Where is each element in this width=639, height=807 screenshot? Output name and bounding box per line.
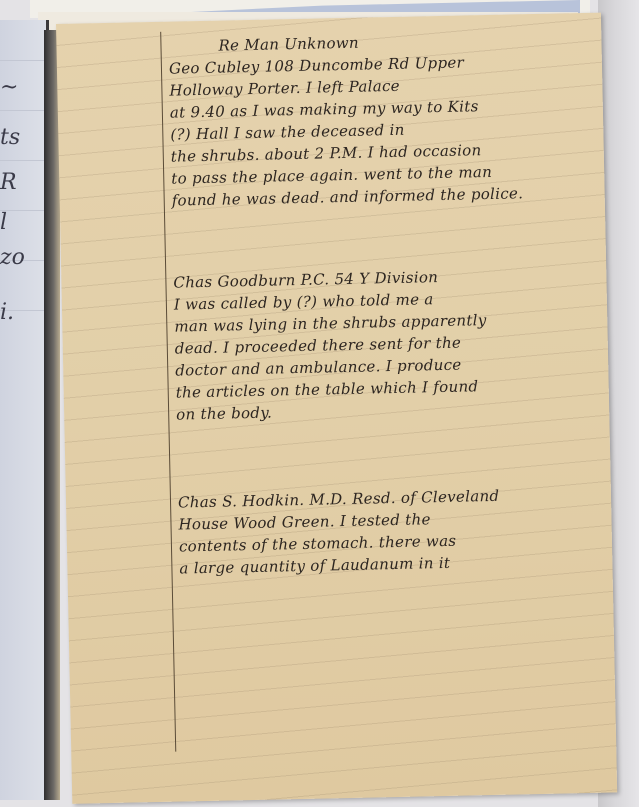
statement-block-hodkin: Chas S. Hodkin. M.D. Resd. of Cleveland … bbox=[178, 483, 599, 580]
document-page: Re Man Unknown Geo Cubley 108 Duncombe R… bbox=[56, 13, 617, 804]
handwriting-fragment: R bbox=[0, 170, 17, 195]
ruled-line bbox=[0, 160, 44, 161]
ruled-line bbox=[0, 60, 44, 61]
handwriting-fragment: zo bbox=[0, 245, 25, 270]
statement-block-goodburn: Chas Goodburn P.C. 54 Y Division I was c… bbox=[173, 263, 595, 426]
handwriting-fragment: i. bbox=[0, 300, 14, 325]
handwriting-fragment: ts bbox=[0, 125, 20, 150]
left-adjacent-sheet: ~ ts R l zo i. bbox=[0, 20, 49, 800]
handwriting-fragment: ~ bbox=[0, 75, 18, 100]
statement-block-cubley: Geo Cubley 108 Duncombe Rd Upper Hollowa… bbox=[169, 49, 591, 212]
handwriting-fragment: l bbox=[0, 210, 7, 235]
ruled-line bbox=[0, 110, 44, 111]
